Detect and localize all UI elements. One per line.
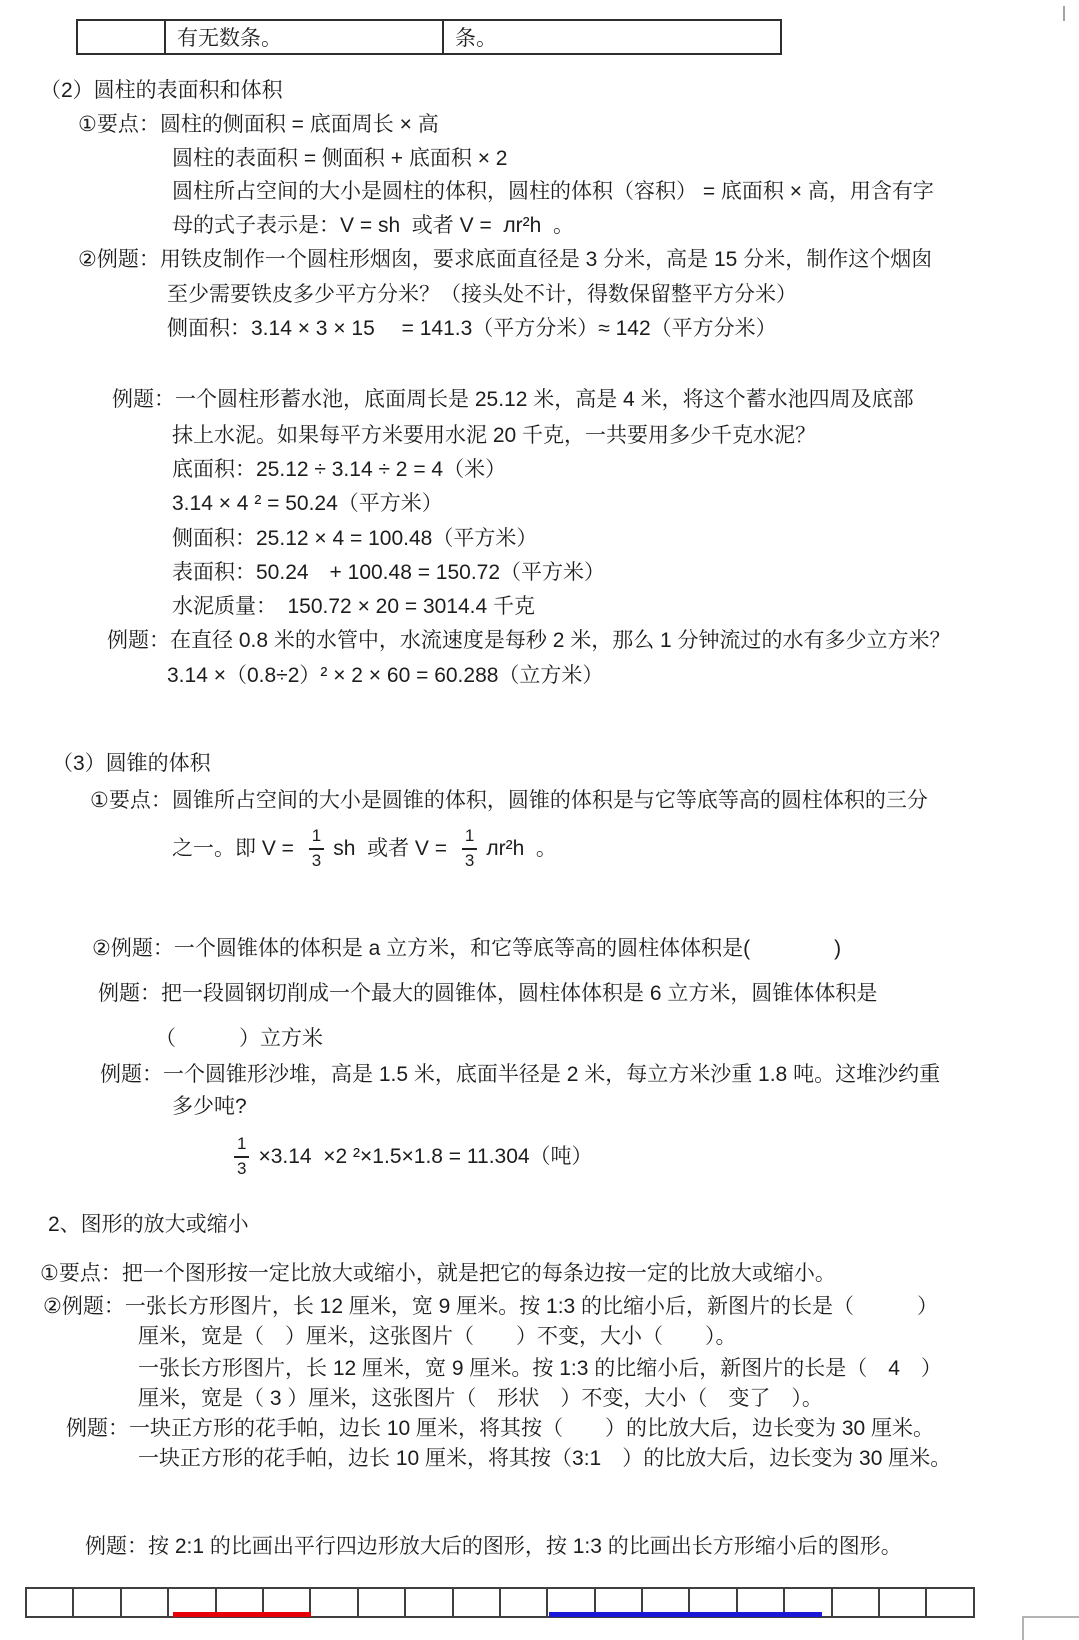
parallelogram-base-line: [173, 1612, 311, 1617]
key-point-line: 圆柱的表面积 = 侧面积 + 底面积 × 2: [172, 144, 507, 174]
answer-line: 一张长方形图片，长 12 厘米，宽 9 厘米。按 1:3 的比缩小后，新图片的长…: [138, 1354, 942, 1384]
grid-cell: [833, 1589, 880, 1616]
fraction-numerator: 1: [309, 827, 324, 850]
fraction-numerator: 1: [462, 827, 477, 850]
page-edge-mark: [1063, 6, 1065, 21]
fraction-one-third: 1 3: [309, 827, 324, 870]
fraction-denominator: 3: [237, 1158, 246, 1179]
grid-cell: [406, 1589, 453, 1616]
key-point-line: 圆柱所占空间的大小是圆柱的体积，圆柱的体积（容积） = 底面积 × 高，用含有字: [172, 177, 934, 207]
key-point-line: 母的式子表示是：V = sh 或者 V = лr²h 。: [172, 211, 574, 241]
example-line: 多少吨?: [172, 1092, 247, 1122]
example-line: 例题：一个圆柱形蓄水池，底面周长是 25.12 米，高是 4 米，将这个蓄水池四…: [112, 385, 914, 415]
formula-text: лr²h 。: [486, 834, 557, 864]
next-grid-corner-mark: [1022, 1616, 1079, 1640]
formula-text: 之一。即 V =: [172, 834, 300, 864]
drawing-grid-row: [25, 1587, 975, 1618]
grid-cell: [122, 1589, 169, 1616]
cone-volume-formula: 之一。即 V = 1 3 sh 或者 V = 1 3 лr²h 。: [172, 820, 557, 878]
solution-line: 侧面积：3.14 × 3 × 15 = 141.3（平方分米）≈ 142（平方分…: [167, 314, 777, 344]
grid-cell: [501, 1589, 548, 1616]
answer-line: 厘米，宽是（ 3 ）厘米，这张图片（ 形状 ）不变，大小（ 变了 ）。: [138, 1384, 823, 1414]
example-line: 例题：按 2:1 的比画出平行四边形放大后的图形，按 1:3 的比画出长方形缩小…: [85, 1532, 902, 1562]
table-cell: 条。: [444, 21, 780, 53]
example-line: 厘米，宽是（ ）厘米，这张图片（ ）不变，大小（ ）。: [138, 1322, 737, 1352]
fraction-denominator: 3: [312, 850, 321, 871]
grid-cell: [74, 1589, 121, 1616]
grid-cell: [454, 1589, 501, 1616]
grid-cell: [927, 1589, 972, 1616]
example-line: 例题：一个圆锥形沙堆，高是 1.5 米，底面半径是 2 米，每立方米沙重 1.8…: [100, 1060, 940, 1090]
example-line: 例题：一块正方形的花手帕，边长 10 厘米，将其按（ ）的比放大后，边长变为 3…: [66, 1414, 934, 1444]
solution-line: 水泥质量： 150.72 × 20 = 3014.4 千克: [172, 592, 535, 622]
section-heading-scaling: 2、图形的放大或缩小: [48, 1210, 249, 1240]
grid-cell: [311, 1589, 358, 1616]
grid-cell: [359, 1589, 406, 1616]
formula-text: ×3.14 ×2 ²×1.5×1.8 = 11.304（吨）: [258, 1142, 592, 1172]
section-heading-cone: （3）圆锥的体积: [52, 749, 211, 779]
example-line: 至少需要铁皮多少平方分米？（接头处不计，得数保留整平方分米）: [167, 280, 797, 310]
answer-line: 一块正方形的花手帕，边长 10 厘米，将其按（3:1 ）的比放大后，边长变为 3…: [138, 1444, 951, 1474]
document-page: 有无数条。 条。 （2）圆柱的表面积和体积 ①要点：圆柱的侧面积 = 底面周长 …: [0, 0, 1079, 1640]
table-cell: 有无数条。: [166, 21, 444, 53]
solution-line: 表面积：50.24 + 100.48 = 150.72（平方米）: [172, 558, 605, 588]
key-point-line: ①要点：圆锥所占空间的大小是圆锥的体积，圆锥的体积是与它等底等高的圆柱体积的三分: [90, 786, 928, 816]
solution-line: 3.14 ×（0.8÷2）² × 2 × 60 = 60.288（立方米）: [167, 661, 603, 691]
fraction-one-third: 1 3: [234, 1135, 249, 1178]
sand-pile-formula: 1 3 ×3.14 ×2 ²×1.5×1.8 = 11.304（吨）: [225, 1128, 593, 1186]
example-line: 抹上水泥。如果每平方米要用水泥 20 千克，一共要用多少千克水泥？: [172, 421, 816, 451]
solution-line: 底面积：25.12 ÷ 3.14 ÷ 2 = 4（米）: [172, 455, 506, 485]
key-point-line: ①要点：圆柱的侧面积 = 底面周长 × 高: [78, 110, 439, 140]
formula-text: sh 或者 V =: [333, 834, 453, 864]
section-heading-cylinder: （2）圆柱的表面积和体积: [40, 76, 283, 106]
example-line: 例题：在直径 0.8 米的水管中，水流速度是每秒 2 米，那么 1 分钟流过的水…: [107, 626, 951, 656]
fraction-numerator: 1: [234, 1135, 249, 1158]
example-line: 例题：把一段圆钢切削成一个最大的圆锥体，圆柱体体积是 6 立方米，圆锥体体积是: [98, 979, 877, 1009]
example-line: ②例题：用铁皮制作一个圆柱形烟囱，要求底面直径是 3 分米，高是 15 分米，制…: [78, 245, 932, 275]
table-cell-empty: [78, 21, 166, 53]
example-line: ②例题：一张长方形图片，长 12 厘米，宽 9 厘米。按 1:3 的比缩小后，新…: [43, 1292, 938, 1322]
solution-line: 侧面积：25.12 × 4 = 100.48（平方米）: [172, 524, 537, 554]
rectangle-base-line: [549, 1612, 822, 1617]
answer-table-fragment: 有无数条。 条。: [76, 19, 782, 55]
grid-cell: [27, 1589, 74, 1616]
grid-cell: [880, 1589, 927, 1616]
fraction-denominator: 3: [465, 850, 474, 871]
solution-line: 3.14 × 4 ² = 50.24（平方米）: [172, 489, 443, 519]
fraction-one-third: 1 3: [462, 827, 477, 870]
answer-blank-line: （ ）立方米: [155, 1024, 323, 1054]
key-point-line: ①要点：把一个图形按一定比放大或缩小，就是把它的每条边按一定的比放大或缩小。: [40, 1259, 836, 1289]
example-line: ②例题：一个圆锥体的体积是 a 立方米，和它等底等高的圆柱体体积是( ): [92, 934, 841, 964]
